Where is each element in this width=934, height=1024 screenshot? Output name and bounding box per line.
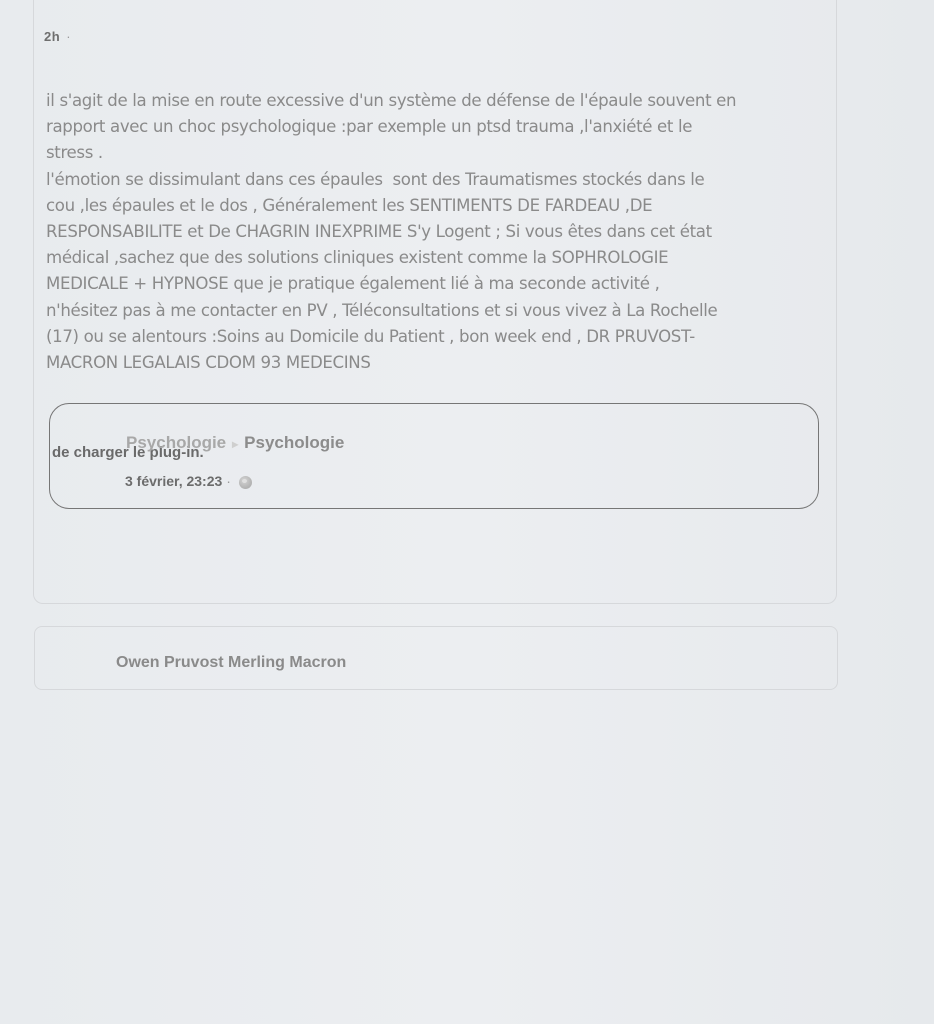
post-body-line: MEDICALE + HYPNOSE que je pratique égale… — [46, 271, 826, 297]
post-timestamp[interactable]: 2h · — [44, 29, 71, 44]
post-body-line: rapport avec un choc psychologique :par … — [46, 114, 826, 140]
post-body-line: cou ,les épaules et le dos , Généralemen… — [46, 193, 826, 219]
post-body-line: RESPONSABILITE et De CHAGRIN INEXPRIME S… — [46, 219, 826, 245]
post-body-line: MACRON LEGALAIS CDOM 93 MEDECINS — [46, 350, 826, 376]
post-body-line: médical ,sachez que des solutions cliniq… — [46, 245, 826, 271]
post-body-line: l'émotion se dissimulant dans ces épaule… — [46, 167, 826, 193]
post-body: il s'agit de la mise en route excessive … — [46, 88, 826, 376]
arrow-right-icon: ▸ — [232, 437, 238, 451]
group-from-link[interactable]: Psychologie — [126, 433, 226, 452]
time-separator: · — [66, 29, 71, 44]
date-separator: · — [226, 473, 231, 489]
time-ago[interactable]: 2h — [44, 29, 60, 44]
post-body-line: (17) ou se alentours :Soins au Domicile … — [46, 324, 826, 350]
shared-post-meta: 3 février, 23:23 · — [125, 473, 252, 489]
globe-icon — [239, 476, 252, 489]
group-to-link[interactable]: Psychologie — [244, 433, 344, 452]
post-body-line: n'hésitez pas à me contacter en PV , Tél… — [46, 298, 826, 324]
shared-post-header: Psychologie▸Psychologie — [126, 433, 344, 453]
post-body-line: stress . — [46, 140, 826, 166]
shared-post-date[interactable]: 3 février, 23:23 — [125, 473, 222, 489]
post-body-line: il s'agit de la mise en route excessive … — [46, 88, 826, 114]
comment-author-name[interactable]: Owen Pruvost Merling Macron — [116, 654, 346, 672]
